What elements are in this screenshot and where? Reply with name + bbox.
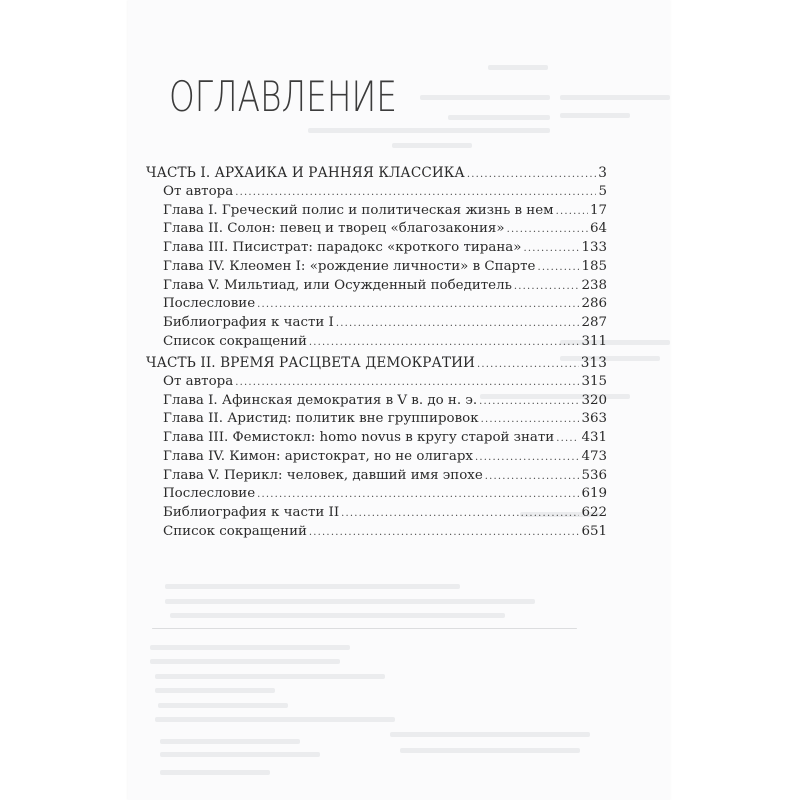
toc-entry-label: Глава II. Аристид: политик вне группиров… — [163, 410, 481, 428]
toc-entry[interactable]: Глава I. Греческий полис и политическая … — [163, 202, 607, 220]
toc-entry-label: Список сокращений — [163, 523, 309, 541]
dot-leader — [336, 315, 580, 332]
toc-entry[interactable]: От автора5 — [163, 183, 607, 201]
dot-leader — [477, 356, 579, 372]
dot-leader — [523, 240, 579, 257]
page-number: 133 — [579, 239, 607, 257]
toc-entry-label: Список сокращений — [163, 333, 309, 351]
toc-entry-label: Глава I. Греческий полис и политическая … — [163, 202, 556, 220]
page-number: 431 — [579, 429, 607, 447]
dot-leader — [309, 524, 580, 541]
toc-entry-label: От автора — [163, 183, 235, 201]
page-number: 286 — [579, 295, 607, 313]
toc-entry-label: Глава IV. Кимон: аристократ, но не олига… — [163, 448, 475, 466]
toc-entry[interactable]: Глава IV. Кимон: аристократ, но не олига… — [163, 448, 607, 466]
dot-leader — [235, 184, 596, 201]
page-number: 64 — [588, 220, 607, 238]
dot-leader — [507, 221, 588, 238]
dot-leader — [556, 203, 588, 220]
page-number: 287 — [579, 314, 607, 332]
page-number: 3 — [596, 164, 607, 182]
toc-entry[interactable]: Глава IV. Клеомен I: «рождение личности»… — [163, 258, 607, 276]
dot-leader — [309, 334, 580, 351]
toc-entry[interactable]: Глава V. Мильтиад, или Осужденный победи… — [163, 277, 607, 295]
page-number: 17 — [588, 202, 607, 220]
page-number: 5 — [596, 183, 607, 201]
toc-entry[interactable]: Библиография к части II622 — [163, 504, 607, 522]
page-number: 320 — [579, 392, 607, 410]
toc-entry-label: Глава I. Афинская демократия в V в. до н… — [163, 392, 479, 410]
toc-entry[interactable]: Послесловие286 — [163, 295, 607, 313]
toc-entry-label: Послесловие — [163, 295, 257, 313]
toc-entry[interactable]: Глава III. Писистрат: парадокс «кроткого… — [163, 239, 607, 257]
toc-entry-label: Библиография к части I — [163, 314, 336, 332]
dot-leader — [467, 166, 596, 182]
toc-entry-label: Послесловие — [163, 485, 257, 503]
toc-entry-label: Глава III. Писистрат: парадокс «кроткого… — [163, 239, 523, 257]
table-of-contents: ЧАСТЬ I. АРХАИКА И РАННЯЯ КЛАССИКА3От ав… — [0, 0, 800, 800]
part-heading-label: ЧАСТЬ II. ВРЕМЯ РАСЦВЕТА ДЕМОКРАТИИ — [146, 354, 477, 372]
page-number: 238 — [579, 277, 607, 295]
page-number: 473 — [579, 448, 607, 466]
toc-entry-label: Глава V. Перикл: человек, давший имя эпо… — [163, 467, 485, 485]
page-number: 185 — [579, 258, 607, 276]
dot-leader — [556, 430, 579, 447]
page-number: 315 — [579, 373, 607, 391]
toc-entry-label: Глава V. Мильтиад, или Осужденный победи… — [163, 277, 514, 295]
toc-part-heading[interactable]: ЧАСТЬ I. АРХАИКА И РАННЯЯ КЛАССИКА3 — [146, 164, 607, 182]
part-heading-label: ЧАСТЬ I. АРХАИКА И РАННЯЯ КЛАССИКА — [146, 164, 467, 182]
toc-entry[interactable]: Глава III. Фемистокл: homo novus в кругу… — [163, 429, 607, 447]
dot-leader — [514, 278, 580, 295]
toc-entry[interactable]: Глава II. Солон: певец и творец «благоза… — [163, 220, 607, 238]
toc-entry[interactable]: От автора315 — [163, 373, 607, 391]
page-number: 311 — [579, 333, 607, 351]
page-number: 622 — [579, 504, 607, 522]
dot-leader — [485, 468, 580, 485]
page-number: 651 — [579, 523, 607, 541]
toc-entry[interactable]: Послесловие619 — [163, 485, 607, 503]
page-number: 363 — [579, 410, 607, 428]
page-number: 619 — [579, 485, 607, 503]
toc-entry[interactable]: Глава V. Перикл: человек, давший имя эпо… — [163, 467, 607, 485]
toc-part-heading[interactable]: ЧАСТЬ II. ВРЕМЯ РАСЦВЕТА ДЕМОКРАТИИ313 — [146, 354, 607, 372]
toc-entry[interactable]: Глава I. Афинская демократия в V в. до н… — [163, 392, 607, 410]
toc-entry[interactable]: Список сокращений651 — [163, 523, 607, 541]
dot-leader — [341, 505, 579, 522]
toc-entry-label: От автора — [163, 373, 235, 391]
toc-entry-label: Глава IV. Клеомен I: «рождение личности»… — [163, 258, 537, 276]
dot-leader — [235, 374, 579, 391]
toc-entry-label: Глава III. Фемистокл: homo novus в кругу… — [163, 429, 556, 447]
toc-entry-label: Глава II. Солон: певец и творец «благоза… — [163, 220, 507, 238]
toc-entry[interactable]: Библиография к части I287 — [163, 314, 607, 332]
dot-leader — [537, 259, 579, 276]
toc-entry-label: Библиография к части II — [163, 504, 341, 522]
dot-leader — [481, 411, 580, 428]
dot-leader — [479, 393, 579, 410]
dot-leader — [475, 449, 579, 466]
dot-leader — [257, 296, 579, 313]
dot-leader — [257, 486, 579, 503]
page-number: 536 — [579, 467, 607, 485]
page-number: 313 — [579, 354, 607, 372]
toc-entry[interactable]: Глава II. Аристид: политик вне группиров… — [163, 410, 607, 428]
toc-entry[interactable]: Список сокращений311 — [163, 333, 607, 351]
